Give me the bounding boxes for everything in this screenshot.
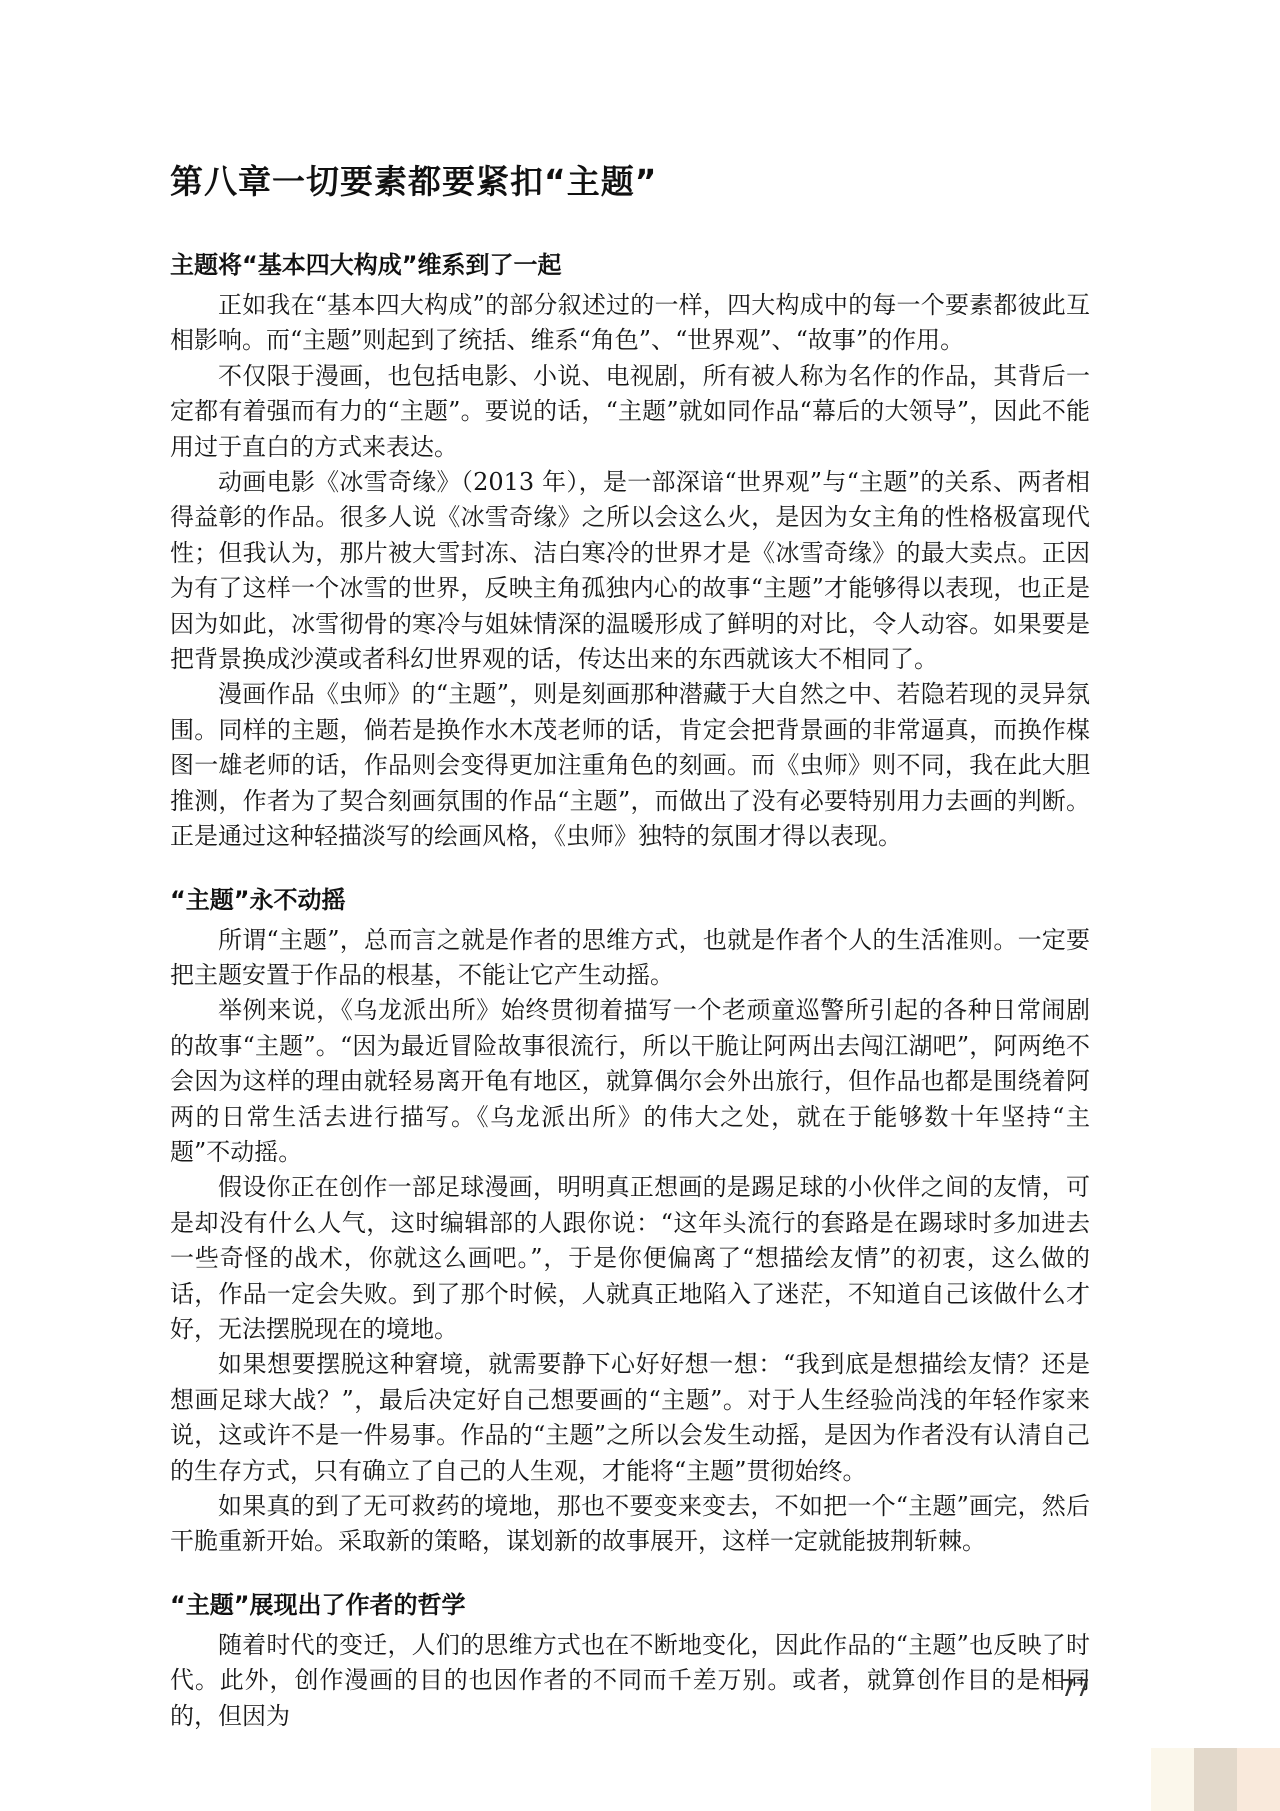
section-heading: 主题将“基本四大构成”维系到了一起: [170, 248, 1090, 282]
body-paragraph: 漫画作品《虫师》的“主题”，则是刻画那种潜藏于大自然之中、若隐若现的灵异氛围。同…: [170, 677, 1090, 854]
body-paragraph: 动画电影《冰雪奇缘》（2013 年），是一部深谙“世界观”与“主题”的关系、两者…: [170, 465, 1090, 677]
body-paragraph: 所谓“主题”，总而言之就是作者的思维方式，也就是作者个人的生活准则。一定要把主题…: [170, 923, 1090, 994]
chapter-title: 第八章一切要素都要紧扣“主题”: [170, 162, 1090, 202]
page-number: 77: [170, 1676, 1090, 1702]
body-paragraph: 不仅限于漫画，也包括电影、小说、电视剧，所有被人称为名作的作品，其背后一定都有着…: [170, 359, 1090, 465]
body-paragraph: 如果真的到了无可救药的境地，那也不要变来变去，不如把一个“主题”画完，然后干脆重…: [170, 1489, 1090, 1560]
body-paragraph: 假设你正在创作一部足球漫画，明明真正想画的是踢足球的小伙伴之间的友情，可是却没有…: [170, 1170, 1090, 1347]
corner-color-swatches: [1151, 1748, 1280, 1811]
section-0: 主题将“基本四大构成”维系到了一起正如我在“基本四大构成”的部分叙述过的一样，四…: [170, 248, 1090, 855]
book-page: 第八章一切要素都要紧扣“主题” 主题将“基本四大构成”维系到了一起正如我在“基本…: [0, 0, 1280, 1811]
sections-container: 主题将“基本四大构成”维系到了一起正如我在“基本四大构成”的部分叙述过的一样，四…: [170, 248, 1090, 1734]
section-heading: “主题”永不动摇: [170, 883, 1090, 917]
swatch-cream: [1151, 1748, 1194, 1811]
swatch-peach: [1237, 1748, 1280, 1811]
section-1: “主题”永不动摇所谓“主题”，总而言之就是作者的思维方式，也就是作者个人的生活准…: [170, 883, 1090, 1560]
swatch-tan: [1194, 1748, 1237, 1811]
body-paragraph: 正如我在“基本四大构成”的部分叙述过的一样，四大构成中的每一个要素都彼此互相影响…: [170, 288, 1090, 359]
body-paragraph: 如果想要摆脱这种窘境，就需要静下心好好想一想：“我到底是想描绘友情？还是想画足球…: [170, 1347, 1090, 1489]
section-heading: “主题”展现出了作者的哲学: [170, 1588, 1090, 1622]
body-paragraph: 举例来说，《乌龙派出所》始终贯彻着描写一个老顽童巡警所引起的各种日常闹剧的故事“…: [170, 993, 1090, 1170]
section-2: “主题”展现出了作者的哲学随着时代的变迁，人们的思维方式也在不断地变化，因此作品…: [170, 1588, 1090, 1734]
page-content: 第八章一切要素都要紧扣“主题” 主题将“基本四大构成”维系到了一起正如我在“基本…: [170, 162, 1090, 1734]
